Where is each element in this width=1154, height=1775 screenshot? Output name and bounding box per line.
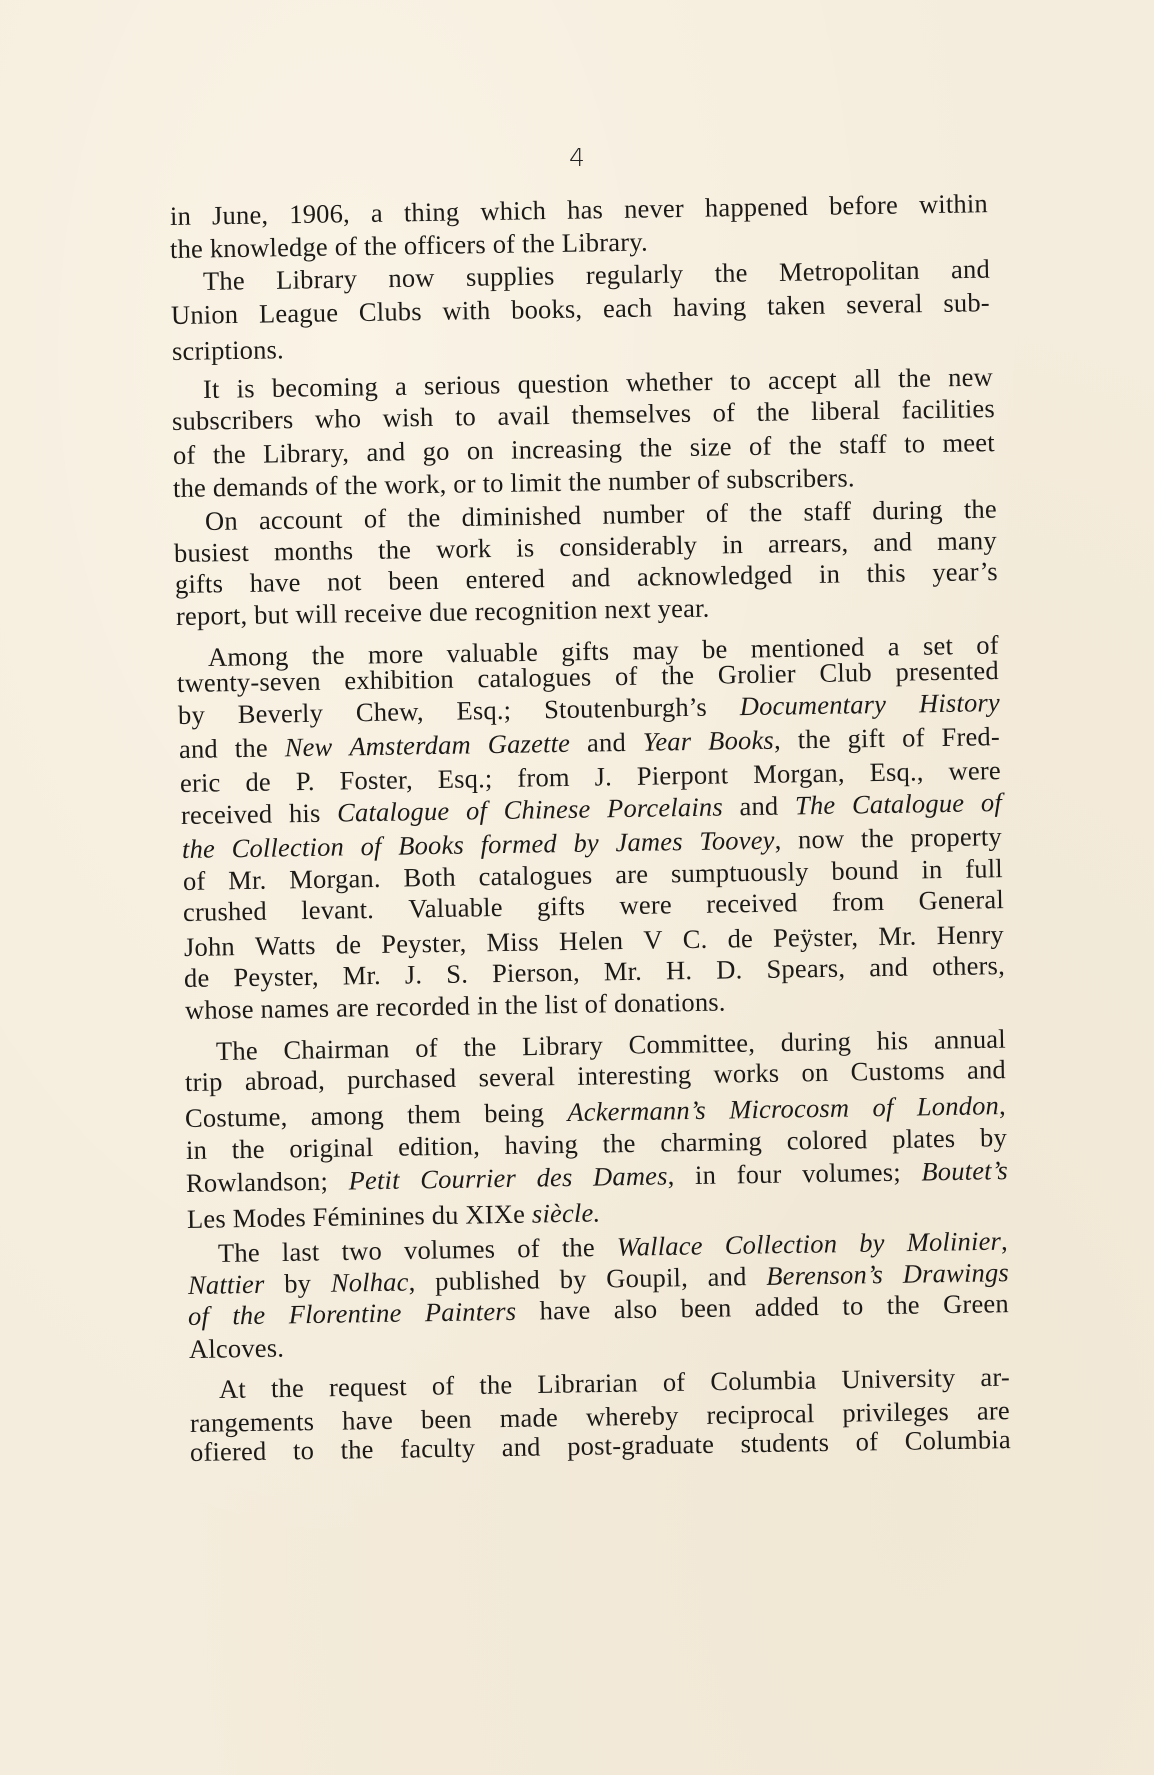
word: of <box>749 431 772 461</box>
word: Collection <box>724 1228 837 1260</box>
text-run: wish <box>382 402 433 433</box>
word: Molinier, <box>906 1226 1008 1258</box>
word: trip <box>185 1066 223 1097</box>
word: and <box>951 254 990 285</box>
text-run: question <box>517 368 609 399</box>
text-run: bound <box>831 855 899 886</box>
word: having <box>504 1129 578 1160</box>
word: many <box>937 525 997 556</box>
word: liberal <box>811 395 881 426</box>
text-run: sumptuously <box>671 856 809 888</box>
word: will <box>295 598 337 629</box>
word: themselves <box>571 398 691 430</box>
word: received <box>181 799 273 830</box>
word: work <box>436 533 492 564</box>
text-run: by <box>284 1268 311 1298</box>
text-run: books, <box>511 294 583 325</box>
text-run: de <box>245 767 271 797</box>
italic-title: Nolhac <box>331 1267 409 1298</box>
text-run: by <box>980 1122 1007 1152</box>
text-run: Committee, <box>628 1028 755 1060</box>
word: acknowledged <box>637 559 793 591</box>
word: during <box>780 1026 851 1057</box>
word: facilities <box>901 393 995 424</box>
text-run: and <box>707 1261 746 1292</box>
word: Drawings <box>903 1257 1010 1289</box>
word: donations. <box>614 987 726 1019</box>
word: de <box>336 929 362 959</box>
word: all <box>854 363 882 393</box>
text-run: has <box>567 194 603 225</box>
text-run: to <box>455 401 476 431</box>
italic-title: Documentary <box>739 689 886 721</box>
text-run: Stoutenburgh’s <box>544 692 707 725</box>
word: of <box>517 1233 540 1263</box>
word: last <box>282 1236 320 1267</box>
word: of <box>173 440 196 470</box>
word: in <box>722 529 743 559</box>
word: the <box>964 494 997 525</box>
text-run: not <box>327 566 362 597</box>
word: number <box>608 465 691 496</box>
word: History <box>919 687 1000 718</box>
page-number: 4 <box>566 145 588 171</box>
text-run: , <box>999 1090 1006 1120</box>
text-run: the <box>271 1373 304 1404</box>
text-run: during <box>872 494 943 525</box>
word: Porcelains <box>607 791 723 823</box>
word: Library. <box>562 226 648 257</box>
text-run: , <box>408 1266 415 1296</box>
text-run: facilities <box>901 393 995 424</box>
text-run: At <box>219 1374 246 1404</box>
word: C. <box>683 924 708 954</box>
word: in <box>186 1135 207 1165</box>
word: by <box>284 1268 311 1298</box>
word: the <box>213 439 246 470</box>
word: Librarian <box>537 1367 638 1399</box>
text-run: from <box>832 886 885 917</box>
word: the <box>231 1134 264 1165</box>
text-run: eric <box>180 767 221 798</box>
word: It <box>203 374 220 404</box>
text-run: a <box>371 198 383 228</box>
word: having <box>673 291 747 322</box>
text-run: and <box>587 727 626 758</box>
italic-title: Toovey <box>699 825 775 856</box>
text-run: privileges <box>842 1396 949 1428</box>
word: twenty-seven <box>177 666 321 698</box>
word: formed <box>480 828 557 859</box>
word: of <box>315 470 338 500</box>
word: demands <box>213 471 309 502</box>
word: gifts <box>537 891 586 922</box>
text-run: number <box>602 498 685 529</box>
text-run: Mr. <box>228 865 267 896</box>
text-run: avail <box>497 400 550 431</box>
text-run: Morgan. <box>289 863 381 894</box>
text-run: entered <box>465 563 545 594</box>
text-run: in <box>186 1135 207 1165</box>
word: and <box>707 1261 746 1292</box>
text-run: the <box>714 257 747 288</box>
word: staff <box>839 429 887 460</box>
text-run: the <box>749 497 782 528</box>
word: of <box>364 503 387 533</box>
italic-title: Year <box>643 726 692 757</box>
word: arrears, <box>768 527 849 558</box>
text-line: Les Modes Féminines du XIXe siècle. <box>187 1198 601 1234</box>
italic-title: Berenson’s <box>766 1259 883 1291</box>
word: sumptuously <box>671 856 809 888</box>
word: been <box>421 1404 472 1435</box>
word: but <box>254 599 289 630</box>
word: to <box>842 1290 863 1320</box>
word: in <box>819 559 840 589</box>
word: and <box>967 1054 1006 1085</box>
word: been <box>388 565 439 596</box>
word: size <box>689 431 731 462</box>
word: Peyster, <box>381 928 467 959</box>
word: Esq., <box>869 756 923 787</box>
word: each <box>603 292 653 323</box>
word: others, <box>932 950 1005 981</box>
word: among <box>310 1100 384 1131</box>
text-run: acknowledged <box>637 559 793 591</box>
word: de <box>184 963 210 993</box>
text-run: the <box>340 1434 373 1465</box>
text-run: and <box>179 733 218 764</box>
text-run: of <box>663 1367 686 1397</box>
word: knowledge <box>210 232 329 264</box>
italic-title: Molinier <box>906 1226 1001 1257</box>
text-run: trip <box>185 1066 223 1097</box>
text-run: of <box>902 722 925 752</box>
text-run: never <box>624 193 684 224</box>
italic-title: Catalogue <box>852 788 965 820</box>
text-run: with <box>442 295 490 326</box>
word: XIXe <box>465 1199 525 1230</box>
word: University <box>841 1362 955 1394</box>
word: number <box>602 498 685 529</box>
word: by <box>178 700 205 730</box>
word: Mr. <box>604 956 643 987</box>
text-run: de <box>727 923 753 953</box>
word: and <box>502 1431 541 1462</box>
word: interesting <box>577 1059 692 1091</box>
text-run: and <box>366 436 405 467</box>
text-run: Metropolitan <box>779 255 920 287</box>
text-run: Chew, <box>356 696 424 727</box>
word: Columbia <box>905 1424 1012 1456</box>
word: of <box>615 661 638 691</box>
word: the <box>756 396 789 427</box>
text-run: in <box>170 201 191 231</box>
word: increasing <box>511 433 622 465</box>
word: S. <box>446 959 468 989</box>
text-run: J. <box>594 761 612 791</box>
text-run: whether <box>626 366 713 397</box>
text-run: have <box>249 567 300 598</box>
word: Peÿster, <box>773 921 859 952</box>
text-run: levant. <box>301 894 374 925</box>
text-run: by <box>559 1264 586 1294</box>
text-run: considerably <box>559 530 697 562</box>
word: of <box>334 231 357 261</box>
word: Collection <box>231 831 344 863</box>
text-run: Both <box>403 862 456 893</box>
text-run: liberal <box>811 395 881 426</box>
word: and <box>179 733 218 764</box>
text-run: months <box>274 535 354 566</box>
text-run: diminished <box>461 500 581 532</box>
word: Spears, <box>766 953 845 984</box>
word: subscribers <box>172 404 294 436</box>
word: list <box>544 989 578 1020</box>
text-run: Alcoves. <box>189 1333 285 1364</box>
text-run: Green <box>943 1288 1009 1319</box>
word: Féminines <box>312 1200 425 1232</box>
text-run: The <box>218 1237 260 1268</box>
text-run: meet <box>942 427 995 458</box>
text-run: of <box>183 866 206 896</box>
text-run: P. <box>296 766 315 796</box>
word: Metropolitan <box>779 255 920 287</box>
word: The <box>203 265 245 296</box>
word: plates <box>892 1123 955 1154</box>
italic-title: of <box>466 795 487 825</box>
word: of <box>663 1367 686 1397</box>
text-run: Chairman <box>283 1033 390 1065</box>
word: de <box>727 923 753 953</box>
word: entered <box>465 563 545 594</box>
word: siècle. <box>532 1198 601 1229</box>
word: Peyster, <box>233 961 319 992</box>
word: the <box>235 733 268 764</box>
word: to <box>904 428 925 458</box>
word: months <box>274 535 354 566</box>
word: ar- <box>980 1362 1010 1392</box>
word: Foster, <box>339 764 413 795</box>
word: year. <box>657 593 709 624</box>
text-run: also <box>614 1294 658 1325</box>
word: have <box>539 1295 590 1326</box>
text-run: of <box>855 1426 878 1456</box>
text-run: several <box>478 1061 555 1092</box>
text-run: each <box>603 292 653 323</box>
italic-title: History <box>919 687 1000 718</box>
word: the <box>463 1032 496 1063</box>
text-run: de <box>336 929 362 959</box>
text-run: and <box>873 526 912 557</box>
word: privileges <box>842 1396 949 1428</box>
text-run: the <box>213 439 246 470</box>
word: the <box>789 430 822 461</box>
text-run: many <box>937 525 997 556</box>
text-run: last <box>282 1236 320 1267</box>
text-line: report, but will receive due recognition… <box>176 593 710 631</box>
text-run: volumes; <box>802 1157 901 1189</box>
word: Gazette <box>488 728 571 759</box>
text-run: by <box>178 700 205 730</box>
word: Morgan, <box>753 758 845 789</box>
word: thing <box>404 196 460 227</box>
text-run: Pierpont <box>637 759 729 790</box>
word: of <box>584 988 607 1018</box>
italic-title: the <box>232 1300 265 1331</box>
text-line: whose names are recorded in the list of … <box>185 987 726 1025</box>
word: Esq.; <box>456 695 511 726</box>
word: exhibition <box>344 664 454 696</box>
word: report, <box>176 600 248 631</box>
word: two <box>341 1235 382 1266</box>
word: and <box>571 562 610 593</box>
text-run: to <box>904 428 925 458</box>
text-run: the <box>639 432 672 463</box>
text-run: the <box>231 1134 264 1165</box>
text-run: the <box>898 363 931 394</box>
text-run: is <box>236 373 255 403</box>
word: of <box>360 831 381 861</box>
word: Goupil, <box>606 1262 688 1293</box>
word: John <box>184 931 235 962</box>
word: next <box>604 594 651 625</box>
word: London, <box>917 1090 1006 1121</box>
word: been <box>680 1292 731 1323</box>
word: being <box>484 1097 544 1128</box>
word: du <box>431 1200 458 1230</box>
word: Both <box>403 862 456 893</box>
word: go <box>422 436 449 466</box>
word: by <box>980 1122 1007 1152</box>
text-run: size <box>689 431 731 462</box>
text-run: whereby <box>586 1400 679 1431</box>
text-run: Watts <box>255 930 316 961</box>
italic-title: Dames <box>593 1160 668 1191</box>
word: work, <box>384 469 447 500</box>
text-run: catalogues <box>478 860 592 892</box>
text-run: Goupil, <box>606 1262 688 1293</box>
text-run: subscribers. <box>726 462 855 494</box>
word: D. <box>716 954 743 984</box>
italic-title: The <box>795 790 836 821</box>
word: The <box>795 790 836 821</box>
italic-title: London <box>917 1090 1000 1121</box>
text-run: them <box>407 1099 461 1130</box>
word: students <box>740 1427 829 1458</box>
text-run: Mr. <box>342 960 381 991</box>
text-run: donations. <box>614 987 726 1019</box>
word: catalogues <box>477 661 591 693</box>
text-run: in <box>921 854 942 884</box>
text-run: having <box>673 291 747 322</box>
word: Les <box>187 1203 226 1234</box>
italic-title: Drawings <box>903 1257 1010 1289</box>
word: a <box>371 198 383 228</box>
text-run: four <box>736 1159 781 1190</box>
text-run: Esq., <box>869 756 923 787</box>
italic-title: siècle. <box>532 1198 601 1229</box>
text-run: , <box>774 725 781 755</box>
word: due <box>429 596 468 627</box>
word: of <box>855 1426 878 1456</box>
text-run: were <box>948 755 1001 786</box>
word: crushed <box>183 896 267 927</box>
word: a <box>395 371 407 401</box>
text-run: twenty-seven <box>177 666 321 698</box>
word: the <box>522 228 555 259</box>
italic-title: Courrier <box>420 1163 516 1195</box>
word: the <box>182 833 215 864</box>
text-run: Library. <box>562 226 648 257</box>
text-run: property <box>910 821 1002 852</box>
word: the <box>344 470 377 501</box>
text-run: year’s <box>932 556 998 587</box>
word: of <box>466 795 487 825</box>
word: names <box>260 993 329 1024</box>
word: considerably <box>559 530 697 562</box>
text-run: de <box>184 963 210 993</box>
text-run: Esq.; <box>456 695 511 726</box>
text-run: faculty <box>400 1433 475 1464</box>
text-run: gifts <box>175 568 224 599</box>
text-run: the <box>463 1032 496 1063</box>
text-run: and <box>502 1431 541 1462</box>
word: Modes <box>232 1202 306 1233</box>
text-run: been <box>421 1404 472 1435</box>
text-run: several <box>846 288 923 319</box>
word: to <box>293 1435 314 1465</box>
word: in <box>921 854 942 884</box>
word: Florentine <box>288 1298 401 1330</box>
word: not <box>327 566 362 597</box>
text-run: among <box>310 1100 384 1131</box>
word: Books <box>398 830 464 861</box>
word: of <box>697 464 720 494</box>
text-run: , <box>667 1160 674 1190</box>
text-run: accept <box>768 364 837 395</box>
text-run: within <box>919 188 988 219</box>
text-run: abroad, <box>245 1065 326 1096</box>
word: by <box>573 827 599 857</box>
italic-title: Porcelains <box>607 791 723 823</box>
word: property <box>910 821 1002 852</box>
text-run: are <box>615 859 648 890</box>
word: Nattier <box>188 1269 265 1300</box>
word: edition, <box>398 1130 480 1161</box>
text-run: are <box>977 1395 1010 1426</box>
word: original <box>289 1132 373 1163</box>
word: meet <box>942 427 995 458</box>
word: busiest <box>174 537 249 568</box>
word: have <box>342 1405 393 1436</box>
text-run: others, <box>932 950 1005 981</box>
word: the <box>602 1128 635 1159</box>
word: Stoutenburgh’s <box>544 692 707 725</box>
text-run: Club <box>819 657 872 688</box>
word: is <box>516 532 535 562</box>
text-run: the <box>887 1290 920 1321</box>
word: ofiered <box>190 1436 267 1467</box>
italic-title: of <box>360 831 381 861</box>
text-run: Library, <box>263 437 349 468</box>
text-run: The <box>203 265 245 296</box>
word: P. <box>296 766 315 796</box>
text-run: Library <box>276 264 357 295</box>
text-run: Customs <box>850 1055 945 1086</box>
text-run: regularly <box>586 258 684 290</box>
word: of <box>188 1301 209 1331</box>
